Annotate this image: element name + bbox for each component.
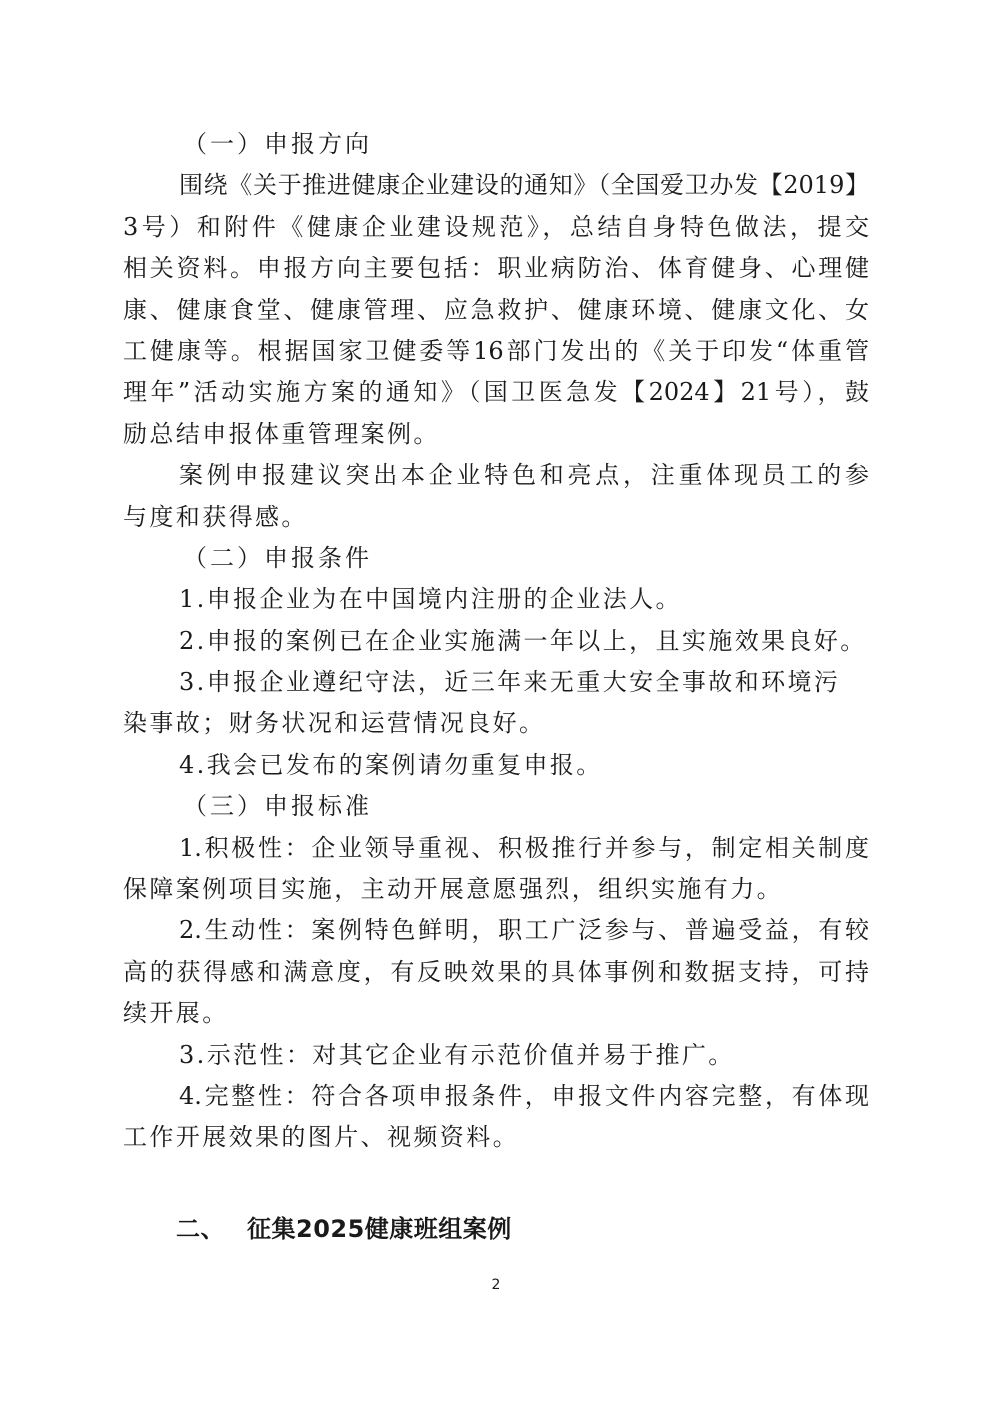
list-item-continuation: 保障案例项目实施，主动开展意愿强烈，组织实施有力。 [123,869,869,910]
paragraph-line: 与度和获得感。 [123,497,869,538]
list-item: 4.我会已发布的案例请勿重复申报。 [123,745,869,786]
list-item-continuation: 染事故；财务状况和运营情况良好。 [123,703,869,744]
paragraph-line: 围绕《关于推进健康企业建设的通知》（全国爱卫办发【2019】 [123,165,869,206]
list-item: 3.示范性：对其它企业有示范价值并易于推广。 [123,1035,869,1076]
list-item-continuation: 工作开展效果的图片、视频资料。 [123,1117,869,1158]
list-item: 3.申报企业遵纪守法，近三年来无重大安全事故和环境污 [123,662,869,703]
section-heading-conditions: （二）申报条件 [123,538,869,579]
paragraph-line: 励总结申报体重管理案例。 [123,414,869,455]
list-item-continuation: 续开展。 [123,993,869,1034]
section-heading-standards: （三）申报标准 [123,786,869,827]
paragraph-line: 工健康等。根据国家卫健委等16部门发出的《关于印发“体重管 [123,331,869,372]
document-body: （一）申报方向 围绕《关于推进健康企业建设的通知》（全国爱卫办发【2019】 3… [123,124,869,1159]
paragraph-line: 理年”活动实施方案的通知》（国卫医急发【2024】21号），鼓 [123,372,869,413]
paragraph-line: 3号）和附件《健康企业建设规范》，总结自身特色做法，提交 [123,207,869,248]
list-item: 4.完整性：符合各项申报条件，申报文件内容完整，有体现 [123,1076,869,1117]
page-number: 2 [0,1277,992,1293]
main-section-title: 征集2025健康班组案例 [247,1215,512,1243]
document-page: （一）申报方向 围绕《关于推进健康企业建设的通知》（全国爱卫办发【2019】 3… [0,0,992,1403]
list-item: 1.积极性：企业领导重视、积极推行并参与，制定相关制度 [123,828,869,869]
main-section-number: 二、 [176,1215,225,1243]
main-section-heading: 二、征集2025健康班组案例 [176,1209,512,1244]
paragraph-line: 康、健康食堂、健康管理、应急救护、健康环境、健康文化、女 [123,290,869,331]
list-item: 2.申报的案例已在企业实施满一年以上，且实施效果良好。 [123,621,869,662]
list-item-continuation: 高的获得感和满意度，有反映效果的具体事例和数据支持，可持 [123,952,869,993]
list-item: 1.申报企业为在中国境内注册的企业法人。 [123,579,869,620]
paragraph-line: 案例申报建议突出本企业特色和亮点，注重体现员工的参 [123,455,869,496]
section-heading-direction: （一）申报方向 [123,124,869,165]
list-item: 2.生动性：案例特色鲜明，职工广泛参与、普遍受益，有较 [123,910,869,951]
paragraph-line: 相关资料。申报方向主要包括：职业病防治、体育健身、心理健 [123,248,869,289]
